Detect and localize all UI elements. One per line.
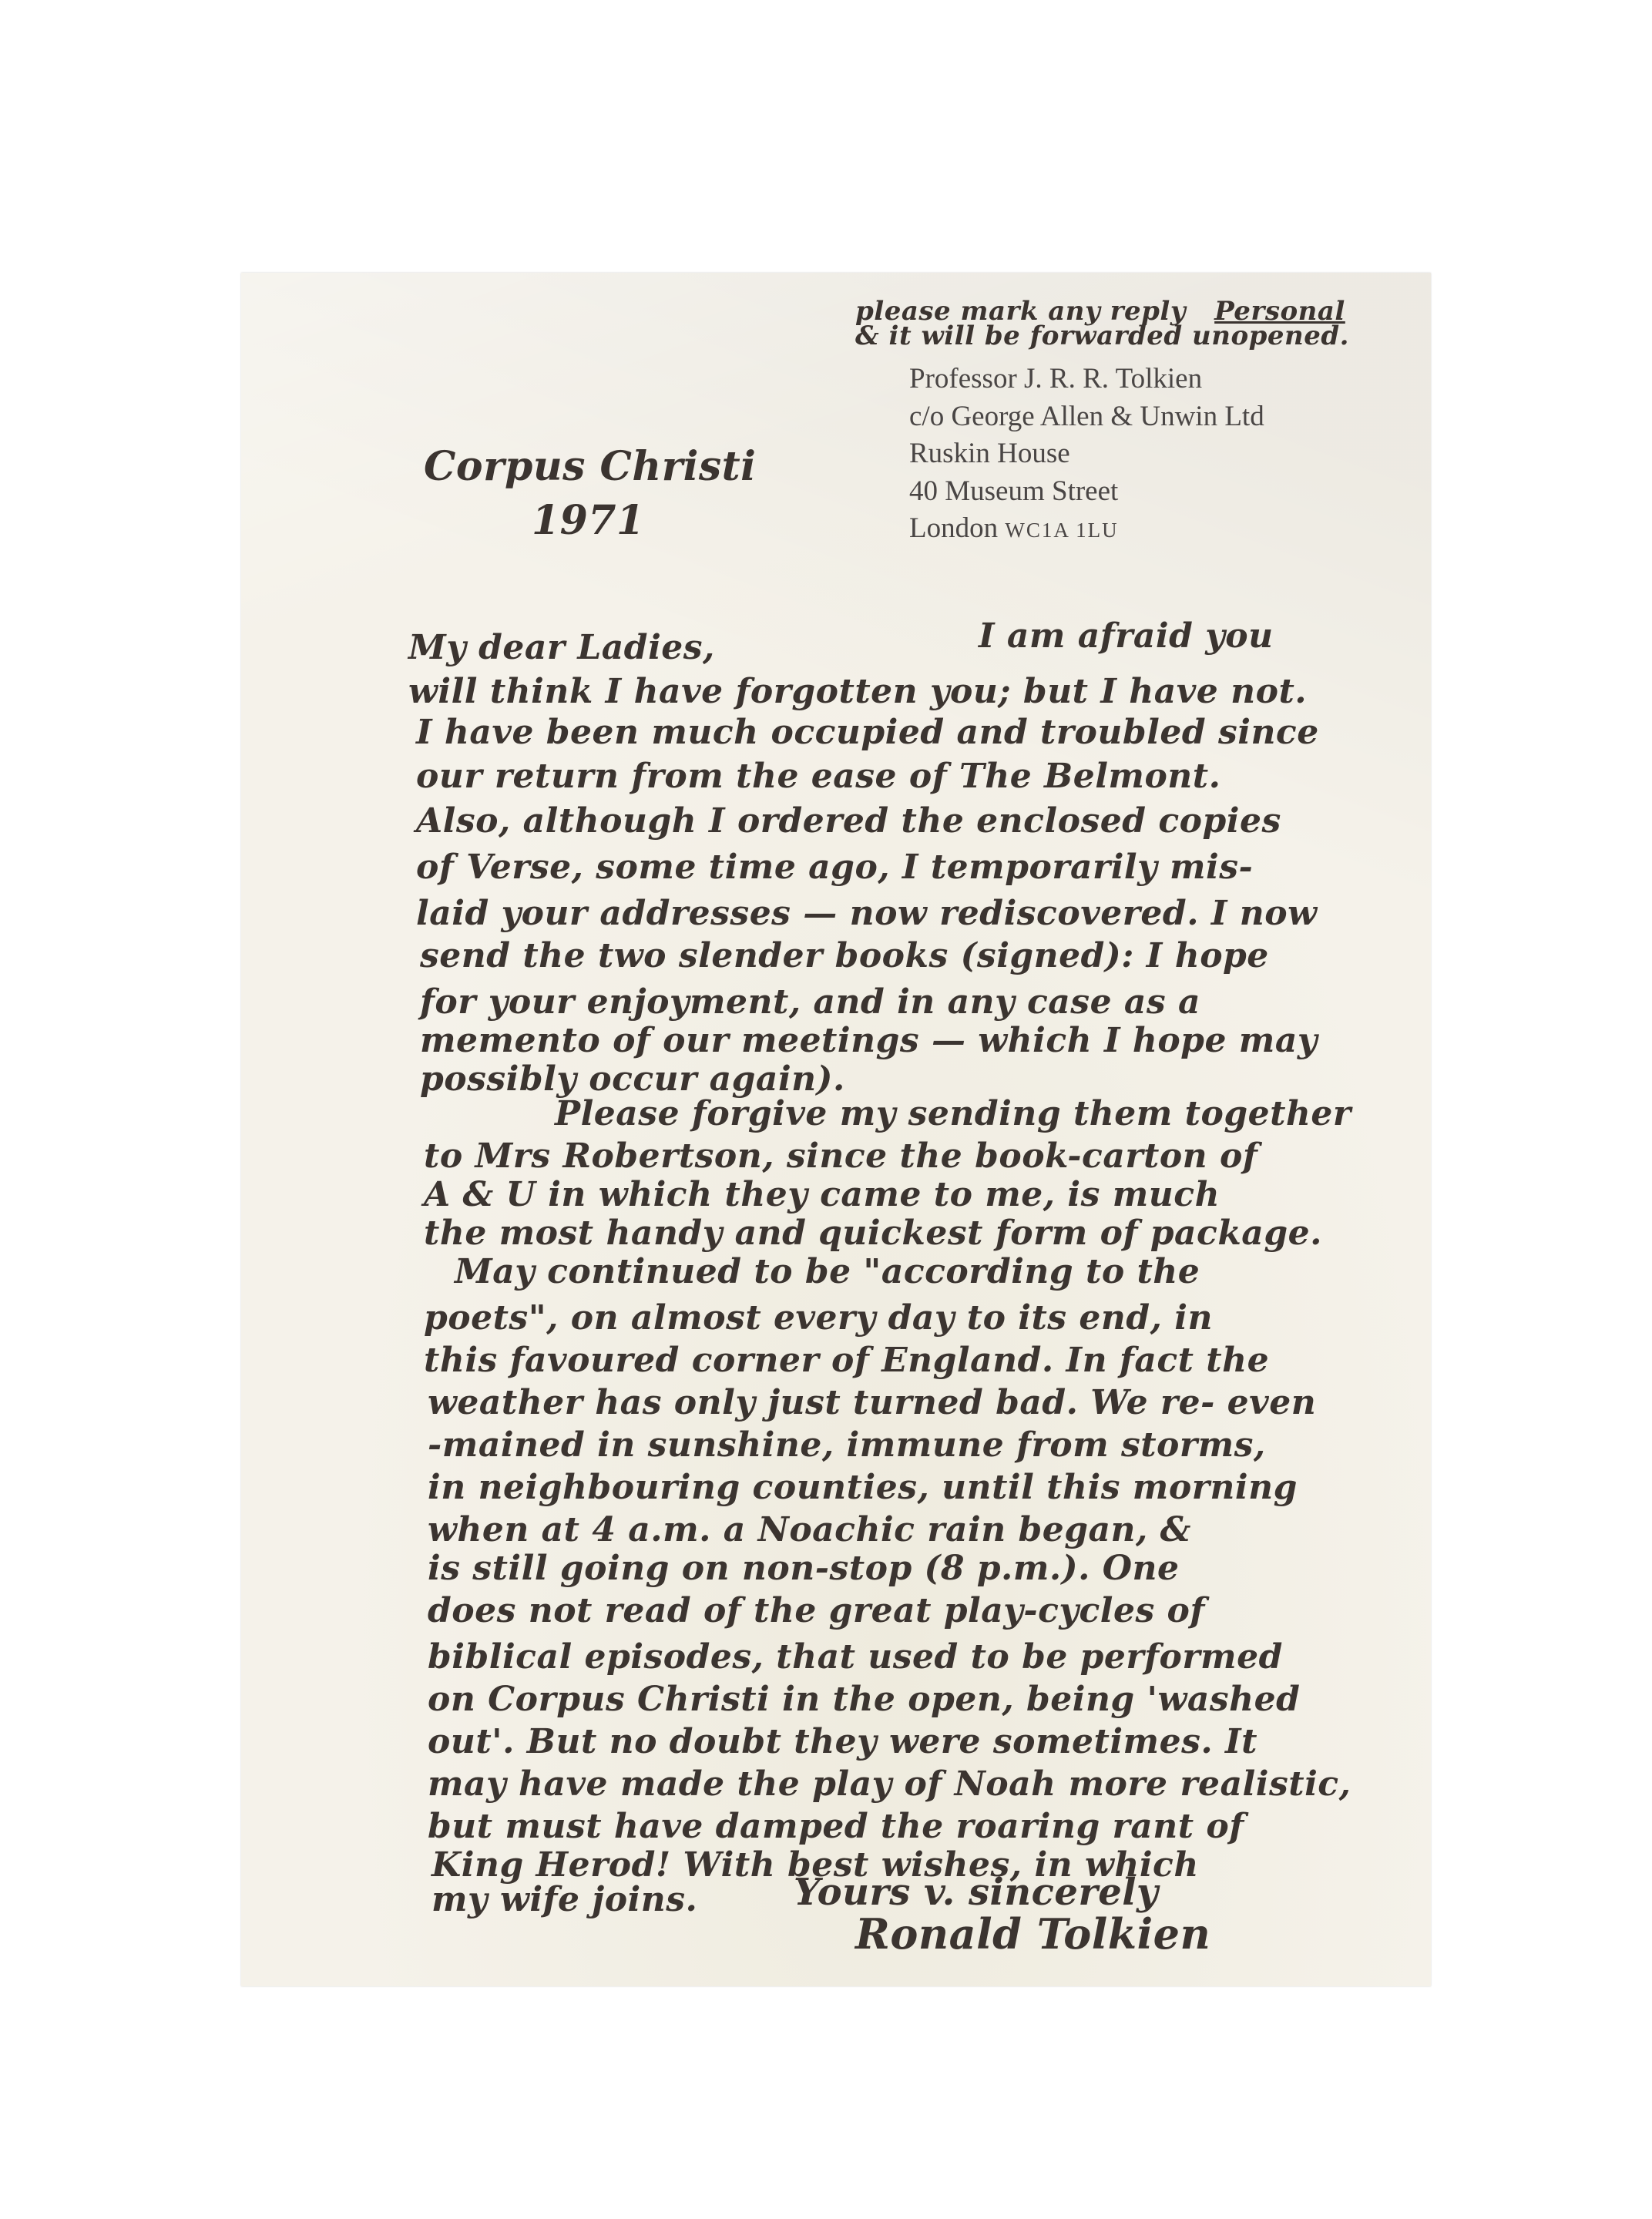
letter-line: May continued to be "according to the (455, 1252, 1200, 1291)
letterhead-street: 40 Museum Street (909, 473, 1264, 511)
letter-line: memento of our meetings — which I hope m… (420, 1021, 1318, 1060)
letter-line: does not read of the great play-cycles o… (428, 1591, 1205, 1630)
letterhead-postcode: WC1A 1LU (1005, 519, 1118, 542)
letter-line: to Mrs Robertson, since the book-carton … (424, 1136, 1257, 1176)
letter-line: will think I have forgotten you; but I h… (408, 672, 1307, 711)
letter-line: A & U in which they came to me, is much (424, 1175, 1220, 1214)
letter-line: on Corpus Christi in the open, being 'wa… (428, 1680, 1300, 1719)
postscript-line-2: & it will be forwarded unopened. (855, 321, 1349, 351)
dateline-year: 1971 (532, 497, 645, 544)
letter-line: when at 4 a.m. a Noachic rain began, & (428, 1510, 1191, 1549)
letterhead-name: Professor J. R. R. Tolkien (909, 361, 1264, 398)
letter-line: I have been much occupied and troubled s… (416, 713, 1319, 752)
dateline-place: Corpus Christi (424, 443, 756, 490)
letter-line: Please forgive my sending them together (555, 1094, 1351, 1133)
letter-line: laid your addresses — now rediscovered. … (416, 894, 1317, 933)
closing: Yours v. sincerely (794, 1871, 1158, 1914)
letter-line: but must have damped the roaring rant of (428, 1807, 1244, 1846)
letter-line: our return from the ease of The Belmont. (416, 757, 1221, 796)
letter-line: the most handy and quickest form of pack… (424, 1214, 1322, 1253)
letter-line: in neighbouring counties, until this mor… (428, 1468, 1298, 1507)
letter-line: this favoured corner of England. In fact… (424, 1341, 1269, 1380)
letterhead-care-of: c/o George Allen & Unwin Ltd (909, 398, 1264, 436)
letter-line: -mained in sunshine, immune from storms, (428, 1425, 1266, 1465)
letterhead-city-line: London WC1A 1LU (909, 510, 1264, 549)
letter-line: my wife joins. (431, 1880, 697, 1919)
letter-line: is still going on non-stop (8 p.m.). One (428, 1549, 1180, 1588)
letter-line: weather has only just turned bad. We re-… (428, 1383, 1316, 1422)
letter-line: of Verse, some time ago, I temporarily m… (416, 848, 1253, 887)
letter-line: Also, although I ordered the enclosed co… (416, 801, 1281, 841)
letterhead-city: London (909, 512, 998, 544)
signature: Ronald Tolkien (855, 1909, 1210, 1959)
letter-line: possibly occur again). (420, 1059, 845, 1099)
letter-line: poets", on almost every day to its end, … (424, 1298, 1213, 1338)
letter-line: biblical episodes, that used to be perfo… (428, 1637, 1283, 1677)
postscript: please mark any reply Personal & it will… (855, 299, 1349, 348)
letterhead-building: Ruskin House (909, 435, 1264, 473)
letter-line: may have made the play of Noah more real… (428, 1764, 1351, 1804)
letter-line: for your enjoyment, and in any case as a (420, 982, 1200, 1022)
letter-line: I am afraid you (979, 616, 1274, 656)
letterhead: Professor J. R. R. Tolkien c/o George Al… (909, 361, 1264, 549)
letter-line: out'. But no doubt they were sometimes. … (428, 1722, 1257, 1761)
letter-line: send the two slender books (signed): I h… (420, 936, 1269, 975)
salutation: My dear Ladies, (408, 628, 715, 667)
